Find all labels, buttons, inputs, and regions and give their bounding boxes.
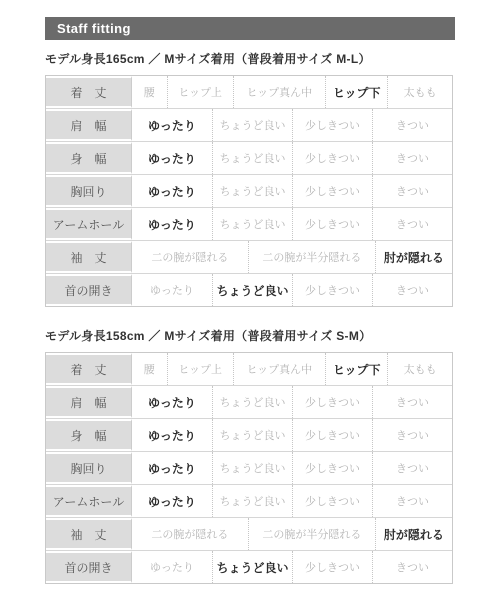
row-label: 着 丈 <box>46 76 132 108</box>
table-row: 袖 丈二の腕が隠れる二の腕が半分隠れる肘が隠れる <box>46 240 452 273</box>
fit-option: きつい <box>372 386 452 418</box>
fit-option: 少しきつい <box>292 208 372 240</box>
fit-option: ヒップ上 <box>167 76 233 108</box>
row-options: 腰ヒップ上ヒップ真ん中ヒップ下太もも <box>132 76 452 108</box>
fit-option: ヒップ真ん中 <box>233 353 325 385</box>
row-options: ゆったりちょうど良い少しきついきつい <box>132 109 452 141</box>
fit-option: ゆったり <box>132 551 212 583</box>
fit-option-selected: ゆったり <box>132 175 212 207</box>
fit-option: きつい <box>372 109 452 141</box>
row-options: ゆったりちょうど良い少しきついきつい <box>132 208 452 240</box>
fit-option: きつい <box>372 551 452 583</box>
row-label: 袖 丈 <box>46 241 132 273</box>
fit-option-selected: 肘が隠れる <box>375 241 452 273</box>
fit-option: きつい <box>372 485 452 517</box>
table-row: アームホールゆったりちょうど良い少しきついきつい <box>46 207 452 240</box>
fit-option: 少しきつい <box>292 485 372 517</box>
row-options: ゆったりちょうど良い少しきついきつい <box>132 485 452 517</box>
fit-option: ヒップ真ん中 <box>233 76 325 108</box>
section-header: Staff fitting <box>45 17 455 40</box>
row-options: ゆったりちょうど良い少しきついきつい <box>132 386 452 418</box>
fit-option: ちょうど良い <box>212 175 292 207</box>
fit-option: ちょうど良い <box>212 109 292 141</box>
fit-option: 二の腕が隠れる <box>132 241 248 273</box>
row-label: アームホール <box>46 208 132 240</box>
row-label: 着 丈 <box>46 353 132 385</box>
fitting-section: モデル身長158cm ／ Mサイズ着用（普段着用サイズ S-M）着 丈腰ヒップ上… <box>45 327 453 584</box>
row-options: 腰ヒップ上ヒップ真ん中ヒップ下太もも <box>132 353 452 385</box>
table-row: 肩 幅ゆったりちょうど良い少しきついきつい <box>46 108 452 141</box>
fit-option: ちょうど良い <box>212 386 292 418</box>
fit-option-selected: ヒップ下 <box>325 76 387 108</box>
row-label: 首の開き <box>46 551 132 583</box>
row-label: 身 幅 <box>46 142 132 174</box>
row-options: ゆったりちょうど良い少しきついきつい <box>132 551 452 583</box>
fit-option: 腰 <box>132 76 167 108</box>
table-row: 袖 丈二の腕が隠れる二の腕が半分隠れる肘が隠れる <box>46 517 452 550</box>
row-label: 胸回り <box>46 452 132 484</box>
fit-option: 太もも <box>387 76 452 108</box>
row-options: ゆったりちょうど良い少しきついきつい <box>132 142 452 174</box>
fit-option: 少しきつい <box>292 386 372 418</box>
staff-fitting-page: Staff fitting モデル身長165cm ／ Mサイズ着用（普段着用サイ… <box>45 17 455 584</box>
fit-option-selected: ゆったり <box>132 485 212 517</box>
fit-option: 少しきつい <box>292 175 372 207</box>
fitting-table: 着 丈腰ヒップ上ヒップ真ん中ヒップ下太もも肩 幅ゆったりちょうど良い少しきついき… <box>45 352 453 584</box>
table-row: 首の開きゆったりちょうど良い少しきついきつい <box>46 273 452 306</box>
table-row: 胸回りゆったりちょうど良い少しきついきつい <box>46 174 452 207</box>
fit-option: 少しきつい <box>292 274 372 306</box>
fit-option: 少しきつい <box>292 109 372 141</box>
fit-option: きつい <box>372 452 452 484</box>
fit-option: きつい <box>372 274 452 306</box>
fit-option: きつい <box>372 175 452 207</box>
section-title: Staff fitting <box>57 21 131 36</box>
fit-option-selected: 肘が隠れる <box>375 518 452 550</box>
fit-option: 少しきつい <box>292 142 372 174</box>
fit-option: きつい <box>372 419 452 451</box>
fit-option-selected: ゆったり <box>132 419 212 451</box>
row-label: 袖 丈 <box>46 518 132 550</box>
table-row: 着 丈腰ヒップ上ヒップ真ん中ヒップ下太もも <box>46 76 452 108</box>
table-row: アームホールゆったりちょうど良い少しきついきつい <box>46 484 452 517</box>
table-caption: モデル身長158cm ／ Mサイズ着用（普段着用サイズ S-M） <box>45 327 453 344</box>
fit-option-selected: ちょうど良い <box>212 551 292 583</box>
row-label: 首の開き <box>46 274 132 306</box>
fit-option: ちょうど良い <box>212 142 292 174</box>
fit-option-selected: ゆったり <box>132 386 212 418</box>
fit-option-selected: ゆったり <box>132 208 212 240</box>
fit-option: ゆったり <box>132 274 212 306</box>
row-label: 肩 幅 <box>46 386 132 418</box>
fit-option: 二の腕が隠れる <box>132 518 248 550</box>
row-options: ゆったりちょうど良い少しきついきつい <box>132 274 452 306</box>
table-row: 肩 幅ゆったりちょうど良い少しきついきつい <box>46 385 452 418</box>
table-row: 身 幅ゆったりちょうど良い少しきついきつい <box>46 418 452 451</box>
fit-option-selected: ゆったり <box>132 109 212 141</box>
row-label: 胸回り <box>46 175 132 207</box>
row-options: ゆったりちょうど良い少しきついきつい <box>132 419 452 451</box>
table-row: 首の開きゆったりちょうど良い少しきついきつい <box>46 550 452 583</box>
fit-option: ちょうど良い <box>212 485 292 517</box>
fit-option-selected: ゆったり <box>132 452 212 484</box>
row-options: 二の腕が隠れる二の腕が半分隠れる肘が隠れる <box>132 241 452 273</box>
row-label: 肩 幅 <box>46 109 132 141</box>
table-caption: モデル身長165cm ／ Mサイズ着用（普段着用サイズ M-L） <box>45 50 453 67</box>
fit-option: 少しきつい <box>292 419 372 451</box>
row-label: 身 幅 <box>46 419 132 451</box>
fit-option: 腰 <box>132 353 167 385</box>
fit-option: きつい <box>372 142 452 174</box>
fitting-tables: モデル身長165cm ／ Mサイズ着用（普段着用サイズ M-L）着 丈腰ヒップ上… <box>45 50 455 584</box>
fit-option: きつい <box>372 208 452 240</box>
table-row: 胸回りゆったりちょうど良い少しきついきつい <box>46 451 452 484</box>
fit-option: 少しきつい <box>292 551 372 583</box>
fit-option-selected: ゆったり <box>132 142 212 174</box>
row-label: アームホール <box>46 485 132 517</box>
fit-option-selected: ちょうど良い <box>212 274 292 306</box>
fit-option: 二の腕が半分隠れる <box>248 518 375 550</box>
fitting-section: モデル身長165cm ／ Mサイズ着用（普段着用サイズ M-L）着 丈腰ヒップ上… <box>45 50 453 307</box>
fit-option: ヒップ上 <box>167 353 233 385</box>
row-options: ゆったりちょうど良い少しきついきつい <box>132 452 452 484</box>
table-row: 身 幅ゆったりちょうど良い少しきついきつい <box>46 141 452 174</box>
fit-option: ちょうど良い <box>212 208 292 240</box>
fit-option: ちょうど良い <box>212 419 292 451</box>
row-options: 二の腕が隠れる二の腕が半分隠れる肘が隠れる <box>132 518 452 550</box>
fitting-table: 着 丈腰ヒップ上ヒップ真ん中ヒップ下太もも肩 幅ゆったりちょうど良い少しきついき… <box>45 75 453 307</box>
row-options: ゆったりちょうど良い少しきついきつい <box>132 175 452 207</box>
fit-option: ちょうど良い <box>212 452 292 484</box>
fit-option-selected: ヒップ下 <box>325 353 387 385</box>
fit-option: 二の腕が半分隠れる <box>248 241 375 273</box>
table-row: 着 丈腰ヒップ上ヒップ真ん中ヒップ下太もも <box>46 353 452 385</box>
fit-option: 太もも <box>387 353 452 385</box>
fit-option: 少しきつい <box>292 452 372 484</box>
